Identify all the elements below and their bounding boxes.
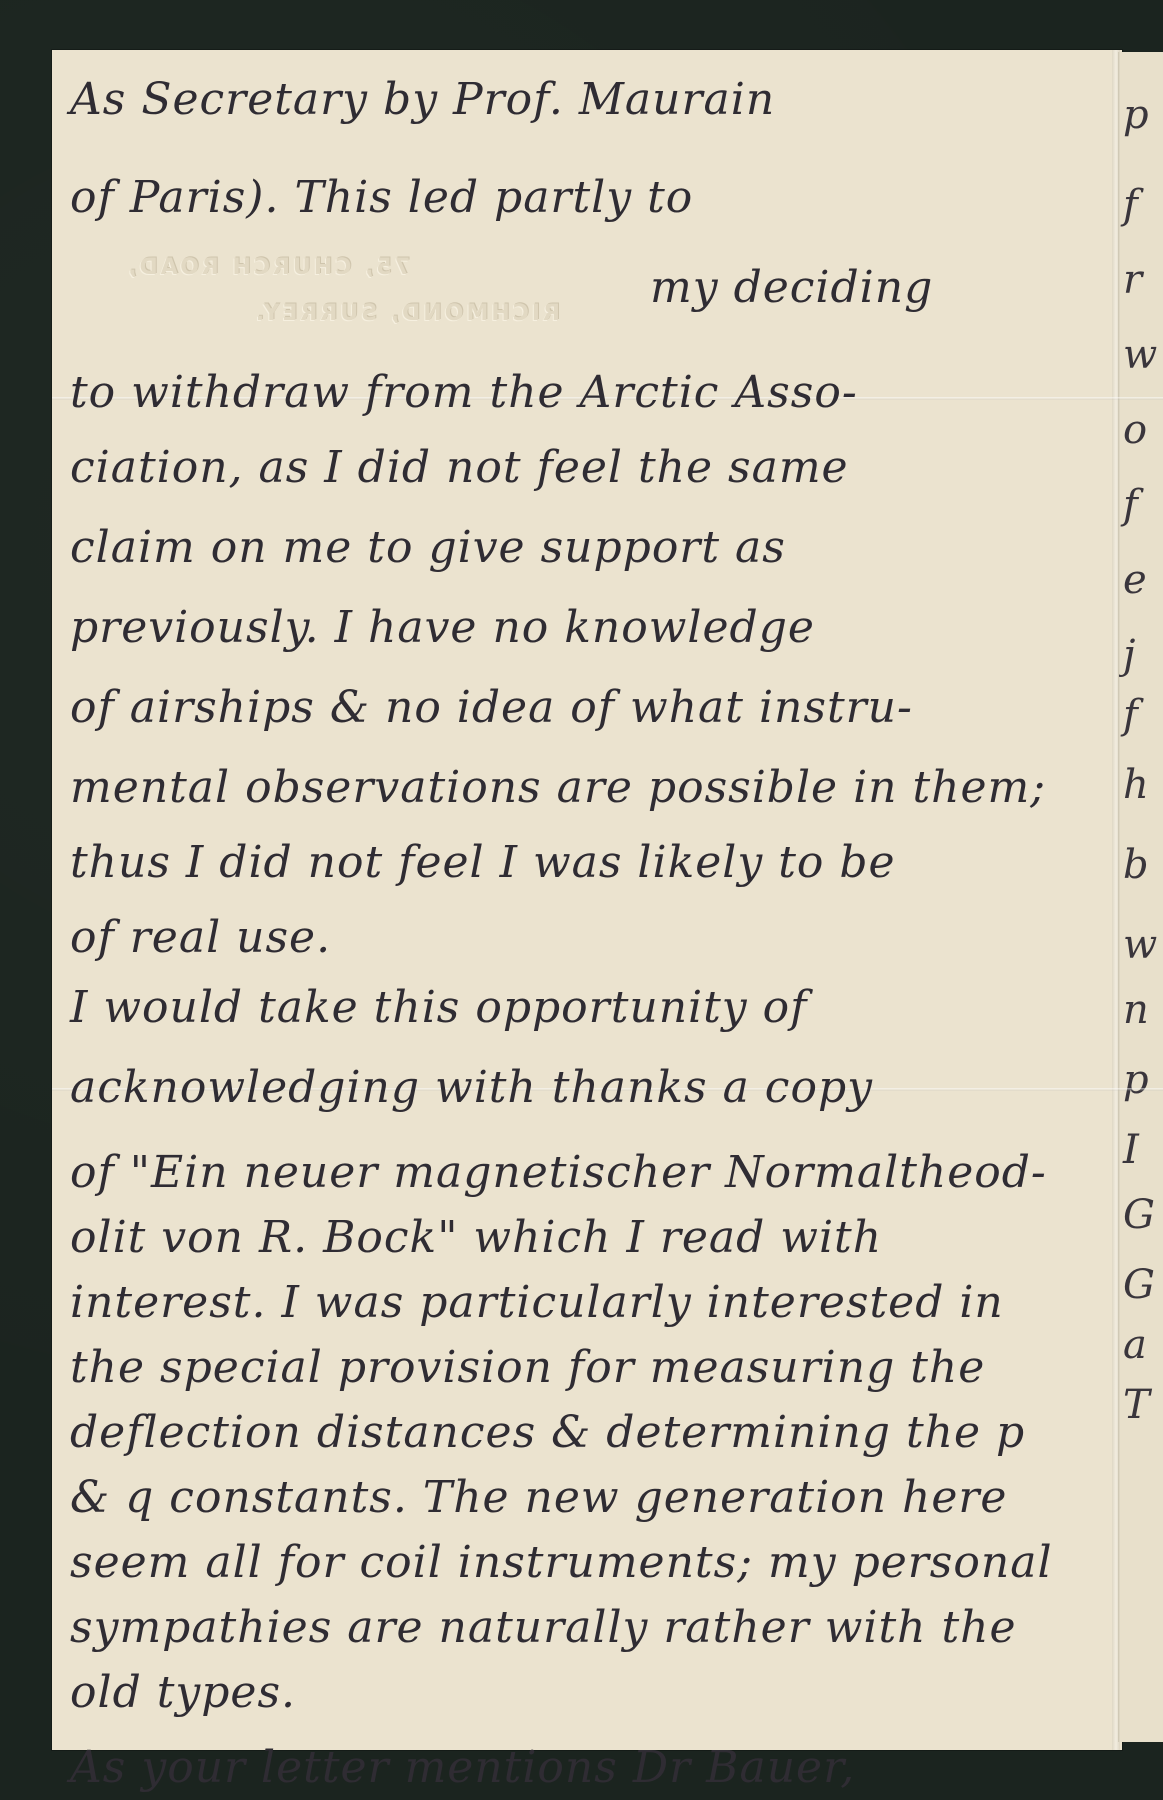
fragment: f <box>1123 692 1138 738</box>
letterhead-town: RICHMOND, SURREY. <box>120 291 560 337</box>
letter-line: of "Ein neuer magnetischer Normaltheod- <box>70 1147 1047 1198</box>
letter-line: of airships & no idea of what instru- <box>70 682 913 733</box>
letter-line: ciation, as I did not feel the same <box>70 442 849 493</box>
letter-line: interest. I was particularly interested … <box>70 1277 1004 1328</box>
letter-line: my deciding <box>650 262 933 313</box>
fragment: h <box>1123 762 1149 808</box>
fragment: a <box>1123 1322 1147 1368</box>
letter-line: I would take this opportunity of <box>70 982 807 1033</box>
next-page-edge: p f r w o f e j f h b w n p I G G a T <box>1118 52 1163 1742</box>
fragment: f <box>1123 482 1138 528</box>
fragment: p <box>1123 1057 1149 1103</box>
fragment: G <box>1123 1192 1155 1238</box>
fragment: I <box>1123 1127 1139 1173</box>
letter-line: As your letter mentions Dr Bauer, <box>70 1742 855 1793</box>
fragment: r <box>1123 257 1142 303</box>
letter-line: olit von R. Bock" which I read with <box>70 1212 882 1263</box>
fragment: e <box>1123 557 1147 603</box>
letter-line: the special provision for measuring the <box>70 1342 985 1393</box>
letter-line: claim on me to give support as <box>70 522 786 573</box>
letter-line: acknowledging with thanks a copy <box>70 1062 873 1113</box>
fragment: T <box>1123 1382 1150 1428</box>
embossed-letterhead: 75, CHURCH ROAD, RICHMOND, SURREY. <box>120 245 560 337</box>
letter-line: old types. <box>70 1667 296 1718</box>
fragment: n <box>1123 987 1149 1033</box>
fragment: w <box>1123 332 1157 378</box>
letterhead-street: 75, CHURCH ROAD, <box>120 245 560 291</box>
letter-line: & q constants. The new generation here <box>70 1472 1007 1523</box>
letter-line: thus I did not feel I was likely to be <box>70 837 896 888</box>
letter-line: of real use. <box>70 912 331 963</box>
letter-line: deflection distances & determining the p <box>70 1407 1025 1458</box>
fragment: b <box>1123 842 1149 888</box>
letter-line: seem all for coil instruments; my person… <box>70 1537 1053 1588</box>
letter-line: to withdraw from the Arctic Asso- <box>70 367 858 418</box>
fragment: j <box>1123 632 1135 678</box>
letter-line: sympathies are naturally rather with the <box>70 1602 1017 1653</box>
letter-line: of Paris). This led partly to <box>70 172 693 223</box>
letter-line: previously. I have no knowledge <box>70 602 815 653</box>
fragment: f <box>1123 182 1138 228</box>
fragment: w <box>1123 922 1157 968</box>
vertical-fold-crease <box>1112 50 1120 1750</box>
letter-line: mental observations are possible in them… <box>70 762 1046 813</box>
fragment: G <box>1123 1262 1155 1308</box>
letter-line: As Secretary by Prof. Maurain <box>70 74 775 125</box>
fragment: p <box>1123 92 1149 138</box>
fragment: o <box>1123 407 1147 453</box>
